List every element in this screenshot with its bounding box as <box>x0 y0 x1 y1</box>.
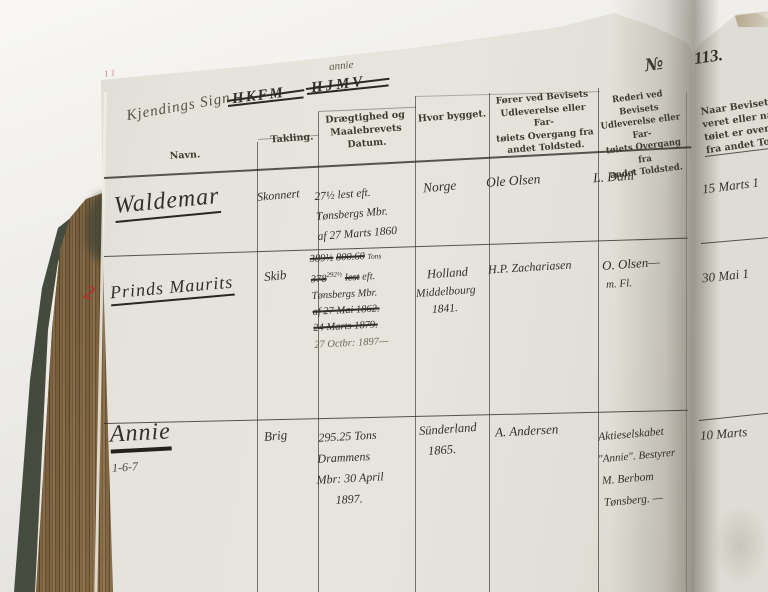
struck-value: 800.60 <box>336 251 365 263</box>
column-line <box>598 88 599 592</box>
struck-value: 378 <box>311 274 327 286</box>
tonnage-cell: 27½ lest eft. Tønsbergs Mbr. af 27 Marts… <box>314 181 398 247</box>
rigging: Skib <box>263 267 287 285</box>
header-foerer: Fører ved Bevisets Udleverelse eller Far… <box>489 88 600 159</box>
column-line <box>257 142 258 592</box>
struck-value: lest <box>345 272 360 284</box>
struck-value: 24 Marts 1879. <box>313 320 378 334</box>
tonnage-line: 295.25 Tons <box>318 424 382 448</box>
struck-value: af 27 Mai 1862. <box>312 303 380 317</box>
owner-name: L. Dahl <box>592 168 634 187</box>
built-place: Norge <box>422 178 457 197</box>
owner-name: m. Fl. <box>606 277 633 291</box>
ship-name: Annie <box>109 418 172 453</box>
red-pencil-mark-small: 1 1 <box>103 67 116 78</box>
built-year: 1841. <box>432 302 459 316</box>
struck-value: 389½ <box>310 253 334 265</box>
built-year: 1865. <box>428 442 457 459</box>
header-draegtighed: Drægtighed og Maalebrevets Datum. <box>319 108 413 153</box>
tonnage-cell: 389½ 800.60 Tons 378292½ lest eft. Tønsb… <box>309 246 424 353</box>
ledger-photo: Kjendings Sign HKFM HJMV annie 1 1 2 № 1… <box>0 0 768 592</box>
owner-cell: Aktieselskabet "Annie". Bestyrer M. Berb… <box>597 420 680 514</box>
paper-smudge <box>712 505 768 585</box>
code-replacement-note: annie <box>328 59 354 73</box>
unit: Tons <box>367 251 381 261</box>
rigging: Brig <box>263 427 287 445</box>
tonnage-line: Mbr: 30 April <box>316 466 384 490</box>
revised-value: 292½ <box>326 270 342 279</box>
tonnage-line: 1897. <box>335 487 385 511</box>
gutter-shadow-right <box>694 0 720 592</box>
value: eft. <box>362 271 376 283</box>
page-number: 113. <box>693 45 724 69</box>
number-label: № <box>644 54 665 76</box>
ship-name-note: 1-6-7 <box>112 459 139 476</box>
tonnage-cell: 295.25 Tons Drammens Mbr: 30 April 1897. <box>318 424 385 511</box>
master-name: A. Andersen <box>495 421 559 440</box>
built-place: Holland <box>427 265 469 283</box>
column-line <box>489 93 490 592</box>
